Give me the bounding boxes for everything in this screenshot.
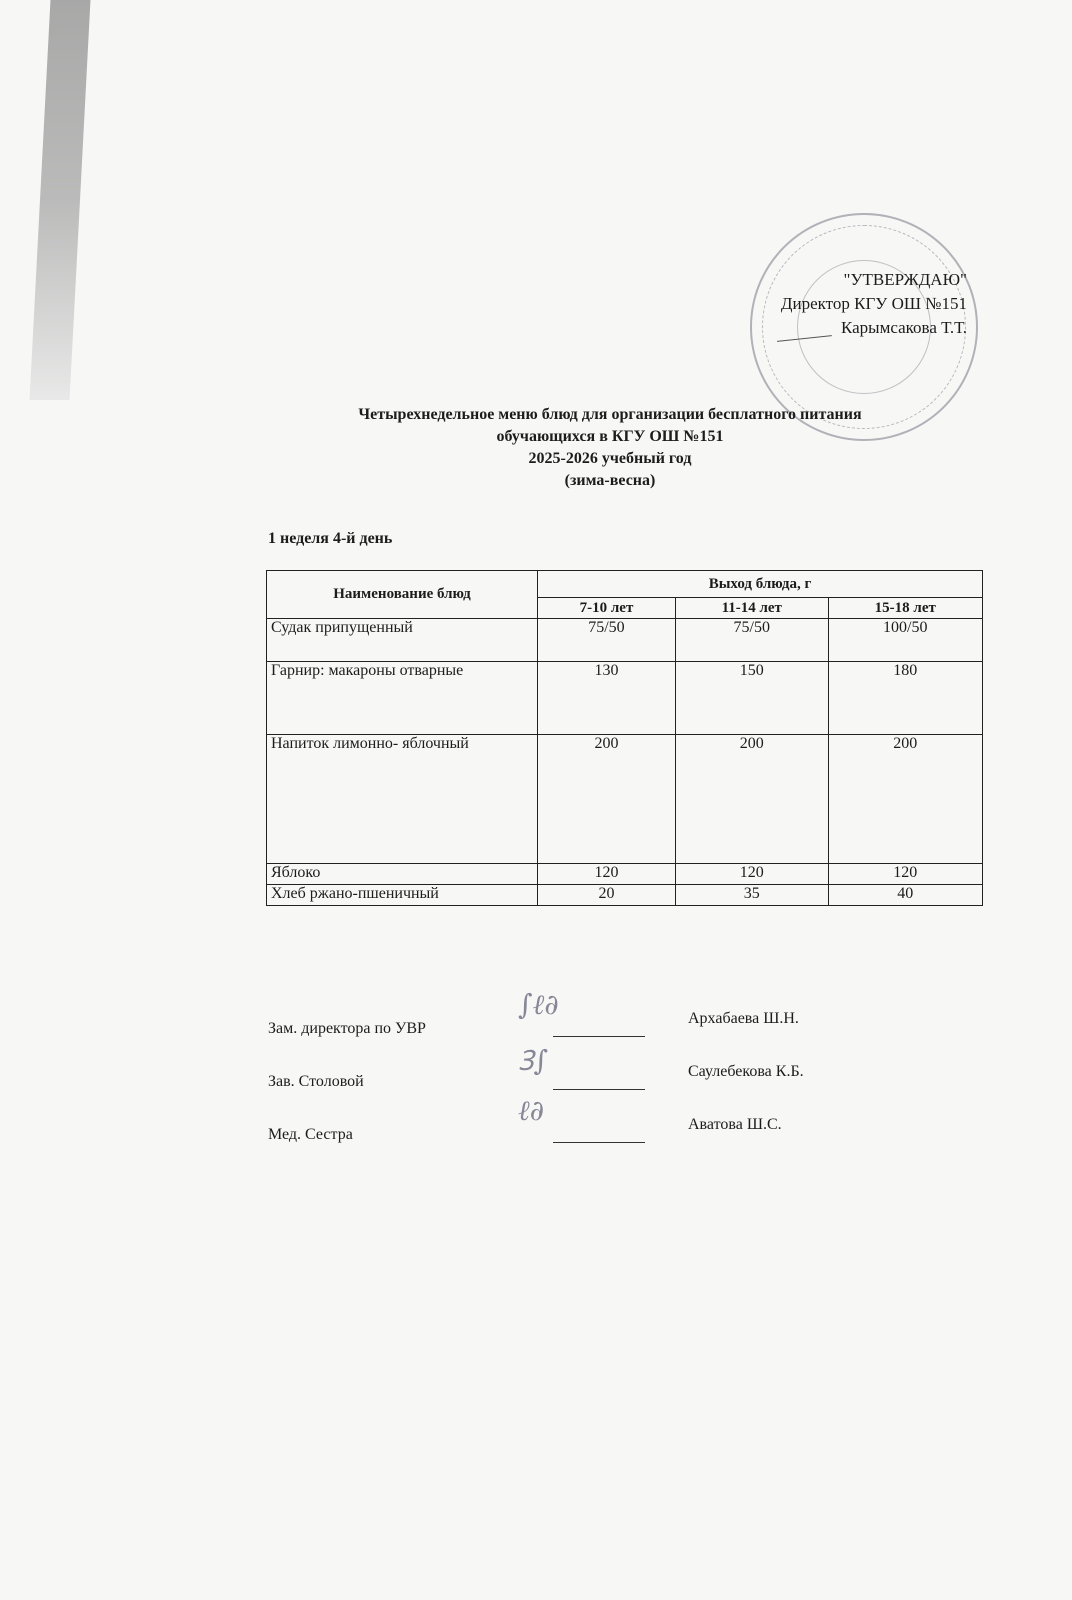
yield-11-14: 35 [675, 885, 828, 906]
title-line-4: (зима-весна) [290, 470, 930, 492]
header-yield: Выход блюда, г [538, 571, 983, 598]
yield-11-14: 200 [675, 735, 828, 864]
table-row: Напиток лимонно- яблочный 200 200 200 [267, 735, 983, 864]
director-signature [775, 317, 832, 342]
signatures-block: Зам. директора по УВР ∫ℓ∂ Архабаева Ш.Н.… [268, 1010, 828, 1169]
title-line-2: обучающихся в КГУ ОШ №151 [290, 426, 930, 448]
approval-name-line: Карымсакова Т.Т. [776, 316, 967, 340]
signature-row: Мед. Сестра ℓ∂ Аватова Ш.С. [268, 1116, 828, 1169]
header-age-15-18: 15-18 лет [828, 598, 982, 619]
signature-mark: ℓ∂ [518, 1094, 628, 1139]
table-row: Гарнир: макароны отварные 130 150 180 [267, 662, 983, 735]
table-row: Яблоко 120 120 120 [267, 864, 983, 885]
signer-role: Мед. Сестра [268, 1126, 353, 1144]
signature-line [553, 1036, 645, 1037]
header-dish-name: Наименование блюд [267, 571, 538, 619]
approval-block: "УТВЕРЖДАЮ" Директор КГУ ОШ №151 Карымса… [776, 268, 967, 340]
menu-table: Наименование блюд Выход блюда, г 7-10 ле… [266, 570, 983, 906]
dish-name: Гарнир: макароны отварные [267, 662, 538, 735]
yield-7-10: 120 [538, 864, 676, 885]
signer-name: Саулебекова К.Б. [688, 1063, 804, 1081]
day-label: 1 неделя 4-й день [268, 530, 392, 548]
dish-name: Хлеб ржано-пшеничный [267, 885, 538, 906]
signer-name: Архабаева Ш.Н. [688, 1010, 799, 1028]
approval-position: Директор КГУ ОШ №151 [776, 292, 967, 316]
dish-name: Напиток лимонно- яблочный [267, 735, 538, 864]
document-title: Четырехнедельное меню блюд для организац… [290, 404, 930, 492]
signature-line [553, 1089, 645, 1090]
yield-11-14: 150 [675, 662, 828, 735]
header-age-11-14: 11-14 лет [675, 598, 828, 619]
signer-name: Аватова Ш.С. [688, 1116, 782, 1134]
scan-shadow-edge [30, 0, 91, 400]
title-line-1: Четырехнедельное меню блюд для организац… [290, 404, 930, 426]
yield-15-18: 200 [828, 735, 982, 864]
yield-15-18: 180 [828, 662, 982, 735]
yield-7-10: 75/50 [538, 619, 676, 662]
signature-mark: ∫ℓ∂ [518, 988, 628, 1033]
signer-role: Зам. директора по УВР [268, 1020, 426, 1038]
table-row: Судак припущенный 75/50 75/50 100/50 [267, 619, 983, 662]
approval-name: Карымсакова Т.Т. [841, 318, 967, 337]
table-row: Хлеб ржано-пшеничный 20 35 40 [267, 885, 983, 906]
yield-15-18: 40 [828, 885, 982, 906]
yield-11-14: 75/50 [675, 619, 828, 662]
yield-7-10: 130 [538, 662, 676, 735]
header-age-7-10: 7-10 лет [538, 598, 676, 619]
signature-line [553, 1142, 645, 1143]
yield-15-18: 100/50 [828, 619, 982, 662]
signature-mark: Ꝫ∫ [518, 1041, 628, 1086]
title-line-3: 2025-2026 учебный год [290, 448, 930, 470]
signer-role: Зав. Столовой [268, 1073, 364, 1091]
dish-name: Яблоко [267, 864, 538, 885]
yield-11-14: 120 [675, 864, 828, 885]
yield-15-18: 120 [828, 864, 982, 885]
dish-name: Судак припущенный [267, 619, 538, 662]
yield-7-10: 20 [538, 885, 676, 906]
yield-7-10: 200 [538, 735, 676, 864]
approval-heading: "УТВЕРЖДАЮ" [776, 268, 967, 292]
